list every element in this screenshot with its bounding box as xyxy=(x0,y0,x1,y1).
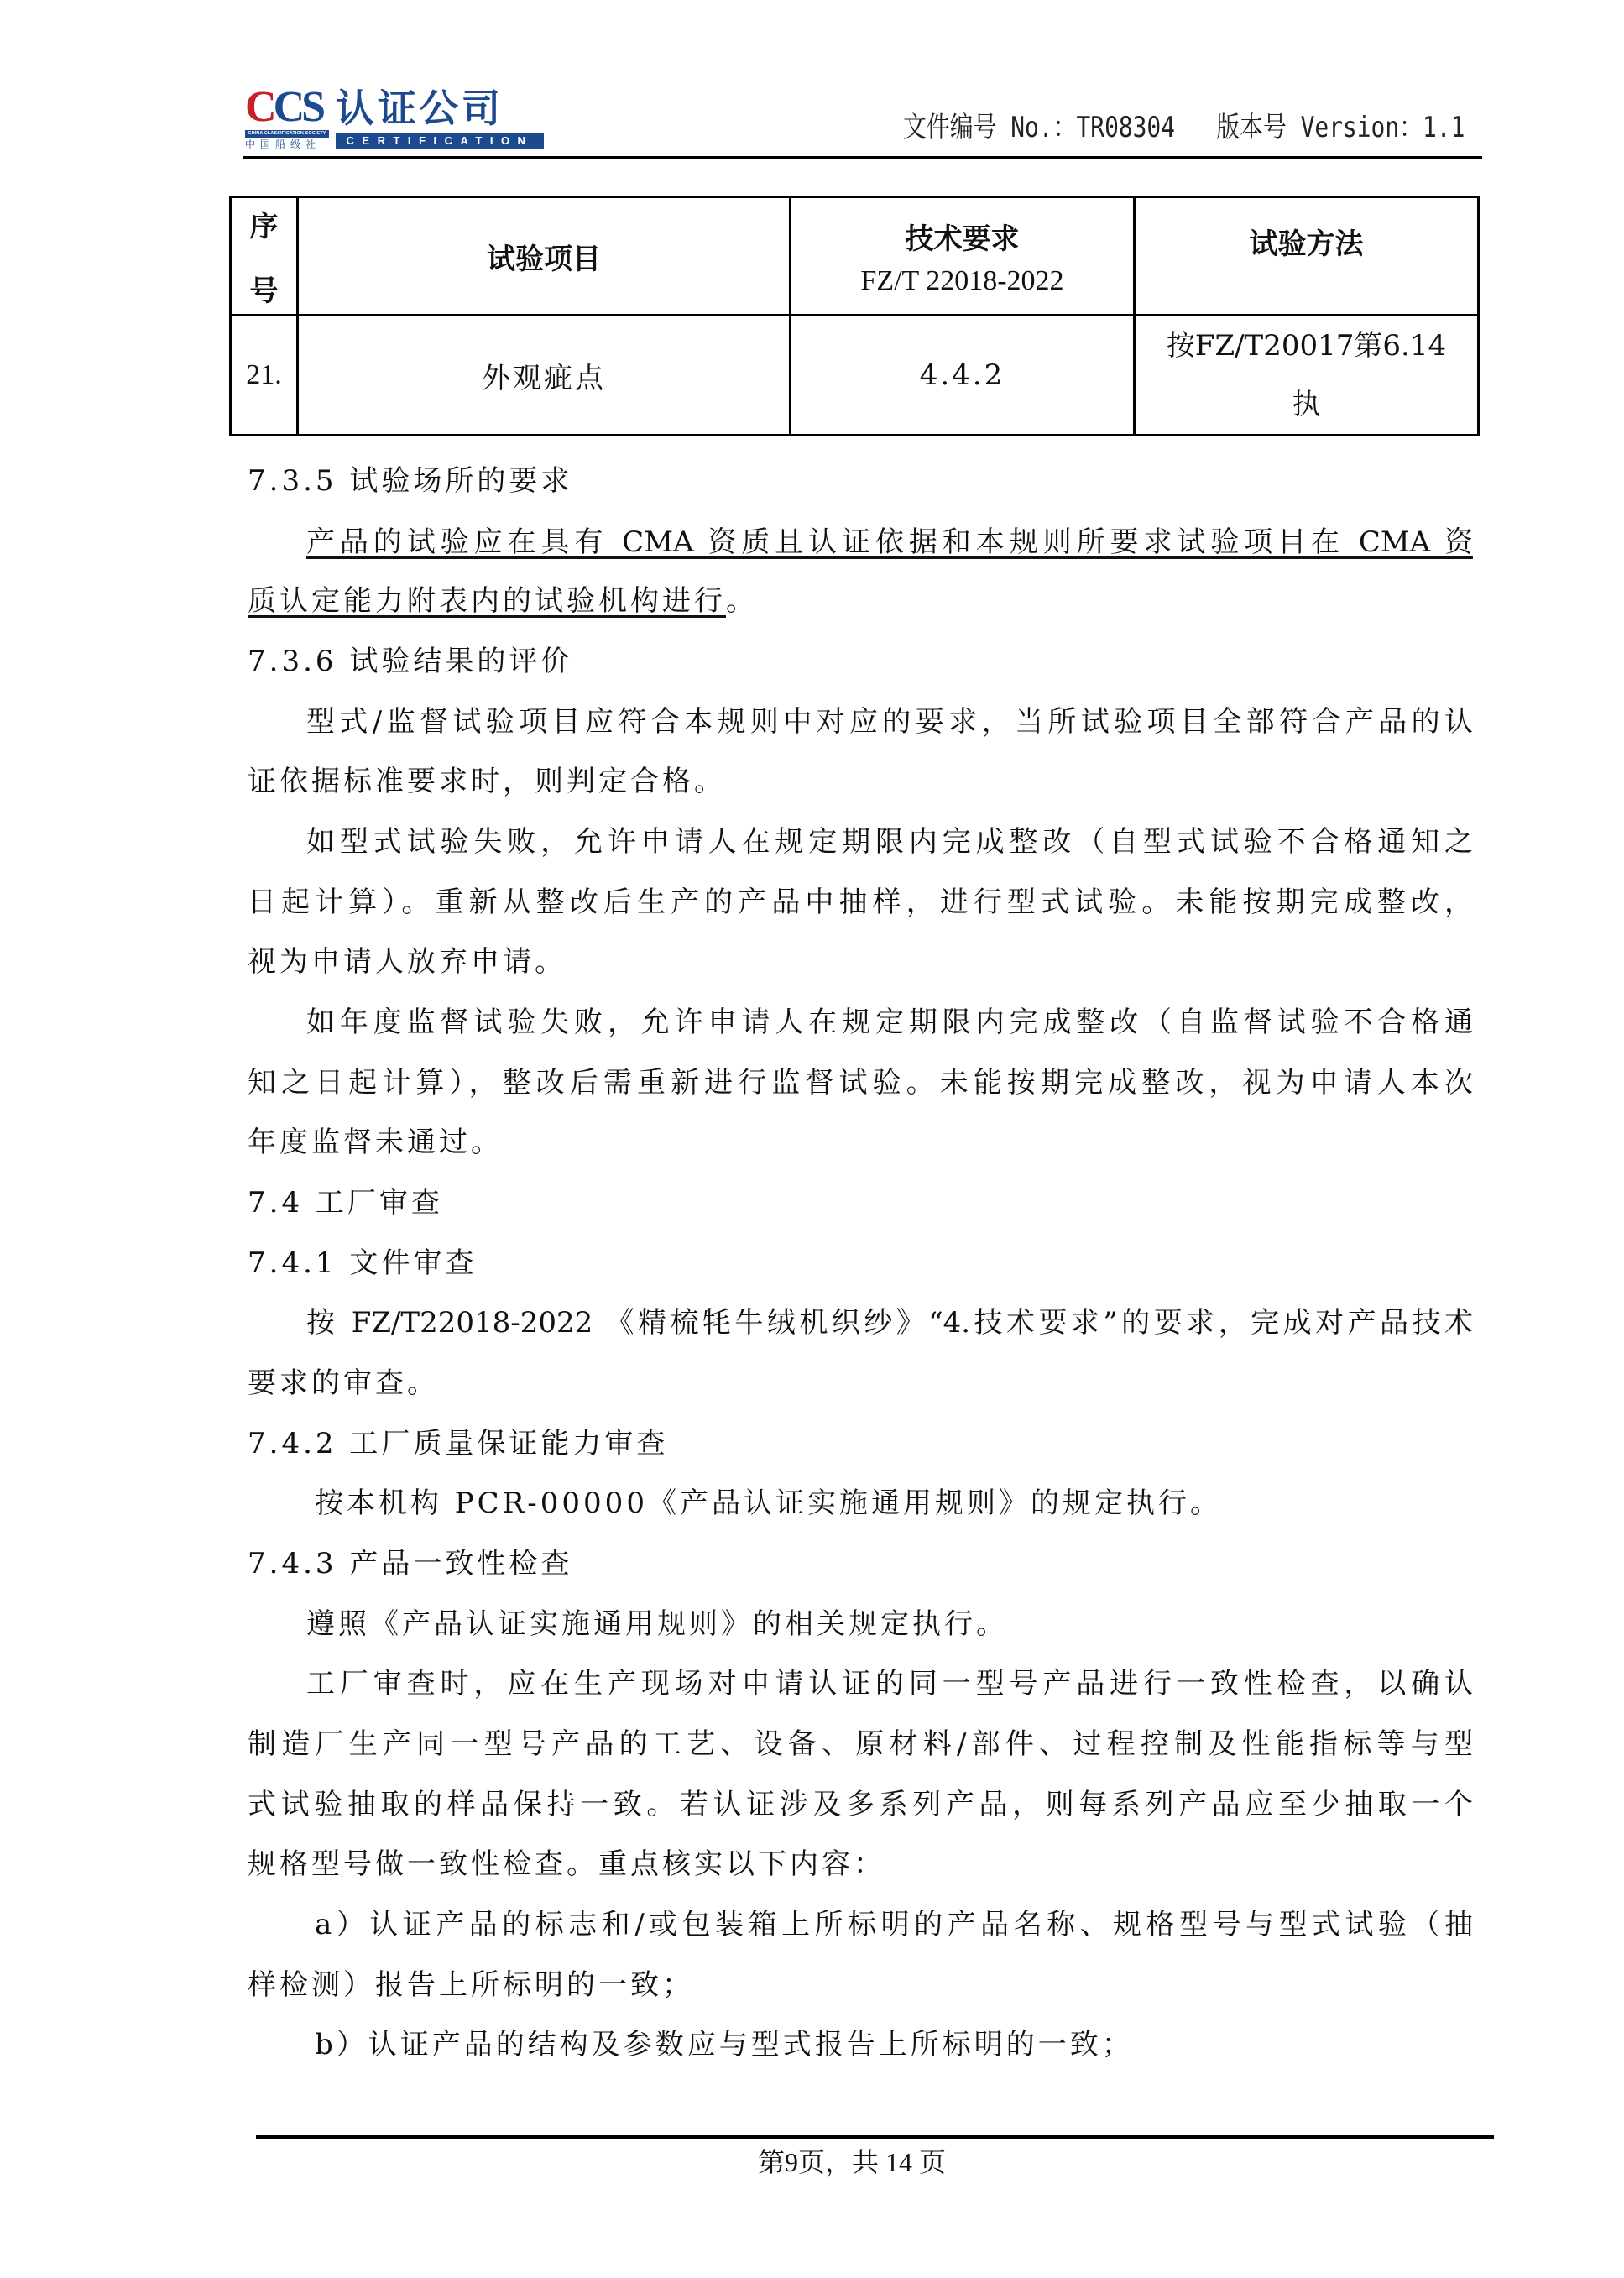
logo-letter-c2: C xyxy=(274,83,302,131)
section-7-4-title: 7.4 工厂审查 xyxy=(248,1186,443,1220)
logo-letter-s: S xyxy=(301,83,322,131)
header-seq-top: 序 xyxy=(250,203,279,244)
paragraph-line: 如型式试验失败，允许申请人在规定期限内完成整改（自型式试验不合格通知之 xyxy=(306,825,1473,859)
cell-method-line2: 执 xyxy=(1136,375,1477,434)
version-label: 版本号 Version： xyxy=(1216,111,1423,144)
list-item-b: b）认证产品的结构及参数应与型式报告上所标明的一致； xyxy=(315,2028,1134,2061)
section-7-4-1-title: 7.4.1 文件审查 xyxy=(248,1246,477,1280)
paragraph-line: 要求的审查。 xyxy=(248,1366,439,1400)
underlined-text: 产品的试验应在具有 CMA 资质且认证依据和本规则所要求试验项目在 CMA 资 xyxy=(306,525,1473,559)
paragraph-line: 证依据标准要求时，则判定合格。 xyxy=(248,765,726,798)
header-method-label: 试验方法 xyxy=(1250,227,1364,261)
paragraph-line: 型式/监督试验项目应符合本规则中对应的要求，当所试验项目全部符合产品的认 xyxy=(306,705,1473,739)
footer-divider xyxy=(256,2135,1494,2139)
logo-society-cn: 中国船级社 xyxy=(245,138,329,150)
paragraph-line: 知之日起计算），整改后需重新进行监督试验。未能按期完成整改，视为申请人本次 xyxy=(248,1066,1473,1100)
page-number: 第9页，共 14 页 xyxy=(0,2145,1624,2179)
paragraph-line: 日起计算）。重新从整改后生产的产品中抽样，进行型式试验。未能按期完成整改， xyxy=(248,886,1473,919)
test-items-table: 序 号 试验项目 技术要求 FZ/T 22018-2022 试验方法 21. 外… xyxy=(229,196,1480,436)
header-seq-bottom: 号 xyxy=(250,268,279,309)
header-divider xyxy=(243,156,1482,159)
paragraph-line: 产品的试验应在具有 CMA 资质且认证依据和本规则所要求试验项目在 CMA 资 xyxy=(306,525,1473,559)
period: 。 xyxy=(726,584,758,618)
logo-company-cn: 认证公司 xyxy=(336,87,504,129)
ccs-logo-letters: CCS xyxy=(245,87,329,128)
paragraph-line: 按 FZ/T22018-2022 《精梳牦牛绒机织纱》“4.技术要求”的要求，完… xyxy=(306,1306,1473,1340)
logo-letter-c1: C xyxy=(245,83,274,131)
paragraph-line: 按本机构 PCR-00000《产品认证实施通用规则》的规定执行。 xyxy=(315,1486,1222,1520)
section-7-3-6-title: 7.3.6 试验结果的评价 xyxy=(248,645,572,678)
section-7-4-3-title: 7.4.3 产品一致性检查 xyxy=(248,1547,572,1580)
section-7-3-5-title: 7.3.5 试验场所的要求 xyxy=(248,464,572,498)
version-number: 1.1 xyxy=(1423,111,1465,144)
paragraph-line: 遵照《产品认证实施通用规则》的相关规定执行。 xyxy=(306,1607,1008,1641)
table-row: 21. 外观疵点 4.4.2 按FZ/T20017第6.14 执 xyxy=(231,316,1479,436)
header-method: 试验方法 xyxy=(1135,197,1479,316)
logo-certification-bar: CERTIFICATION xyxy=(336,133,544,149)
header-requirement: 技术要求 FZ/T 22018-2022 xyxy=(791,197,1135,316)
cell-requirement: 4.4.2 xyxy=(791,316,1135,436)
cell-item: 外观疵点 xyxy=(298,316,791,436)
header-requirement-label: 技术要求 xyxy=(906,222,1020,256)
header-item: 试验项目 xyxy=(298,197,791,316)
header-seq: 序 号 xyxy=(231,197,298,316)
doc-number-label: 文件编号 No.： xyxy=(903,111,1077,144)
cell-method-line1: 按FZ/T20017第6.14 xyxy=(1136,316,1477,375)
table-header-row: 序 号 试验项目 技术要求 FZ/T 22018-2022 试验方法 xyxy=(231,197,1479,316)
logo-society-en: CHINA CLASSIFICATION SOCIETY xyxy=(245,130,329,138)
paragraph-line: 式试验抽取的样品保持一致。若认证涉及多系列产品，则每系列产品应至少抽取一个 xyxy=(248,1788,1473,1821)
paragraph-line: 质认定能力附表内的试验机构进行。 xyxy=(248,584,758,618)
section-7-4-2-title: 7.4.2 工厂质量保证能力审查 xyxy=(248,1427,668,1460)
list-item-a: a）认证产品的标志和/或包装箱上所标明的产品名称、规格型号与型式试验（抽 xyxy=(315,1908,1473,1941)
paragraph-line: 视为申请人放弃申请。 xyxy=(248,945,567,979)
paragraph-line: 制造厂生产同一型号产品的工艺、设备、原材料/部件、过程控制及性能指标等与型 xyxy=(248,1727,1473,1761)
list-item-a-continued: 样检测）报告上所标明的一致； xyxy=(248,1968,694,2002)
header-seq-stack: 序 号 xyxy=(232,203,296,309)
paragraph-line: 年度监督未通过。 xyxy=(248,1126,503,1159)
doc-number: TR08304 xyxy=(1076,111,1175,144)
underlined-text: 质认定能力附表内的试验机构进行 xyxy=(248,584,726,618)
cell-method: 按FZ/T20017第6.14 执 xyxy=(1135,316,1479,436)
paragraph-line: 规格型号做一致性检查。重点核实以下内容： xyxy=(248,1847,885,1881)
document-meta: 文件编号 No.：TR08304版本号 Version：1.1 xyxy=(903,111,1465,144)
ccs-certification-logo: CCS CHINA CLASSIFICATION SOCIETY 中国船级社 认… xyxy=(245,87,557,149)
header-requirement-standard: FZ/T 22018-2022 xyxy=(791,265,1133,297)
paragraph-line: 如年度监督试验失败，允许申请人在规定期限内完成整改（自监督试验不合格通 xyxy=(306,1006,1473,1039)
cell-seq: 21. xyxy=(231,316,298,436)
paragraph-line: 工厂审查时，应在生产现场对申请认证的同一型号产品进行一致性检查，以确认 xyxy=(306,1667,1473,1701)
